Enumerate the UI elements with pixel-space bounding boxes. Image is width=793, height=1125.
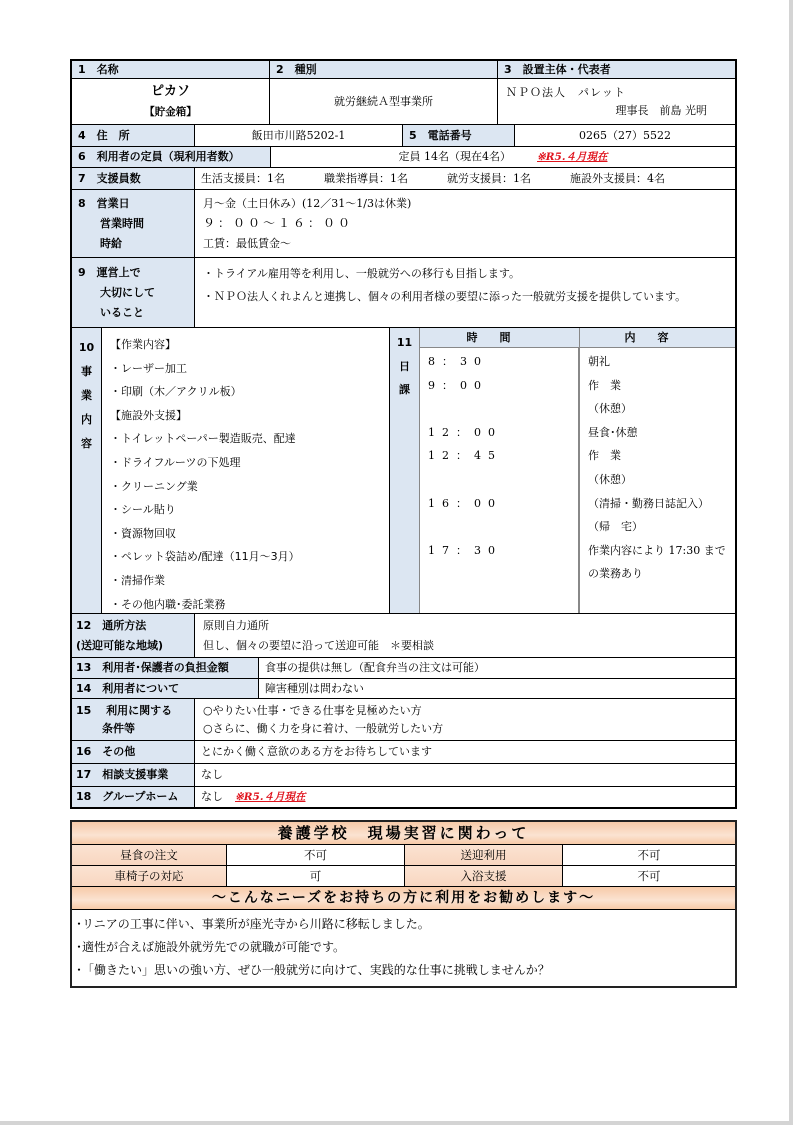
page-edge — [789, 0, 793, 1125]
facility-subname: 【貯金箱】 — [144, 106, 197, 119]
date-note: ※R5.４月現在 — [235, 791, 306, 804]
values-labels: 9 運営上で 大切にして いること — [72, 258, 195, 327]
schedule-content: （清掃・勤務日誌記入） — [588, 492, 735, 516]
values-label-1: 9 運営上で — [78, 266, 141, 279]
business-hours-label: 営業時間 — [78, 217, 144, 230]
row-14-users: 14 利用者について 障害種別は問わない — [70, 679, 737, 699]
commute-label: 12 通所方法 — [76, 619, 146, 632]
consultation-value: なし — [195, 764, 735, 786]
schedule-vertical-label: 11 日 課 — [390, 328, 420, 613]
schedule-time: 8：30 — [428, 350, 578, 374]
wage-value: 工賃：最低賃金～ — [203, 237, 291, 250]
hours-labels: 8 営業日 営業時間 時給 — [72, 190, 195, 257]
founder-rep: 理事長 前島 光明 — [616, 104, 708, 117]
content-header: 内容 — [580, 328, 735, 347]
other-label: 16 その他 — [72, 741, 195, 763]
work-item: ・印刷（木／アクリル板） — [110, 380, 242, 404]
practice-value: 可 — [227, 866, 405, 886]
capacity-value: 定員 14名（現在4名） — [399, 150, 512, 163]
founder-label: 3 設置主体・代表者 — [498, 61, 735, 78]
work-item: ・シール貼り — [110, 498, 176, 522]
time-header: 時間 — [420, 328, 580, 347]
row-16-other: 16 その他 とにかく働く意欲のある方をお待ちしています — [70, 741, 737, 764]
other-value: とにかく働く意欲のある方をお待ちしています — [195, 741, 735, 763]
practice-value: 不可 — [227, 845, 405, 865]
row-8-hours: 8 営業日 営業時間 時給 月～金（土日休み）(12／31～1/3は休業) ９：… — [70, 190, 737, 258]
practice-value: 不可 — [563, 866, 735, 886]
date-note: ※R5.４月現在 — [537, 151, 608, 164]
schedule-time — [428, 397, 578, 421]
work-item: ・ドライフルーツの下処理 — [110, 451, 240, 475]
conditions-values: ○やりたい仕事・できる仕事を見極めたい方 ○さらに、働く力を身に着け、一般就労し… — [195, 699, 735, 740]
schedule-content: （帰 宅） — [588, 515, 735, 539]
values-label-2: 大切にして — [78, 286, 155, 299]
work-item: 【作業内容】 — [110, 333, 176, 357]
row-13-cost: 13 利用者･保護者の負担金額 食事の提供は無し（配食弁当の注文は可能） — [70, 658, 737, 679]
practice-row: 車椅子の対応 可 入浴支援 不可 — [72, 866, 735, 887]
work-item: ・レーザー加工 — [110, 357, 187, 381]
value-item: ・トライアル雇用等を利用し、一般就労への移行も目指します。 — [203, 262, 520, 285]
founder-org: ＮＰＯ法人 パレット — [506, 86, 626, 99]
schedule-content: 作 業 — [588, 444, 735, 468]
grouphome-cell: なし ※R5.４月現在 — [195, 787, 735, 807]
schedule-content: 朝礼 — [588, 350, 735, 374]
work-item: ・クリーニング業 — [110, 475, 198, 499]
staff-item: 生活支援員：1名 — [201, 172, 285, 185]
row-4-address-phone: 4 住 所 飯田市川路5202-1 5 電話番号 0265（27）5522 — [70, 125, 737, 147]
grouphome-value: なし — [201, 790, 223, 803]
cost-value: 食事の提供は無し（配食弁当の注文は可能） — [259, 658, 735, 678]
business-days-label: 8 営業日 — [78, 197, 130, 210]
business-hours-value: ９：００～１６：００ — [203, 216, 353, 230]
business-days-value: 月～金（土日休み）(12／31～1/3は休業) — [203, 197, 411, 210]
commute-values: 原則自力通所 但し、個々の要望に沿って送迎可能 ＊要相談 — [195, 614, 735, 657]
practice-key: 車椅子の対応 — [72, 866, 227, 886]
facility-name: ピカソ — [151, 84, 190, 100]
work-content-list: 【作業内容】 ・レーザー加工 ・印刷（木／アクリル板） 【施設外支援】 ・トイレ… — [102, 328, 390, 613]
schedule-contents: 朝礼 作 業 （休憩） 昼食･休憩 作 業 （休憩） （清掃・勤務日誌記入） （… — [580, 348, 735, 613]
type-label: 2 種別 — [270, 61, 498, 78]
staff-list: 生活支援員：1名 職業指導員：1名 就労支援員：1名 施設外支援員：4名 — [195, 168, 735, 189]
needs-item: ･「働きたい」思いの強い方、ぜひ一般就労に向けて、実践的な仕事に挑戦しませんか？ — [76, 959, 731, 982]
users-label: 14 利用者について — [72, 679, 259, 698]
conditions-label: 15 利用に関する — [76, 704, 172, 717]
schedule-content: 昼食･休憩 — [588, 421, 735, 445]
conditions-labels: 15 利用に関する 条件等 — [72, 699, 195, 740]
values-label-3: いること — [78, 306, 144, 319]
consultation-label: 17 相談支援事業 — [72, 764, 195, 786]
vlabel-char: 11 — [397, 331, 412, 355]
row-17-consultation: 17 相談支援事業 なし — [70, 764, 737, 787]
users-value: 障害種別は問わない — [259, 679, 735, 698]
practice-title: 養護学校 現場実習に関わって — [72, 822, 735, 845]
work-content-vertical-label: 10 事 業 内 容 — [72, 328, 102, 613]
values-text: ・トライアル雇用等を利用し、一般就労への移行も目指します。 ・ＮＰＯ法人くれよん… — [195, 258, 735, 327]
commute-sublabel: (送迎可能な地域) — [76, 639, 163, 652]
schedule-time: 9：00 — [428, 374, 578, 398]
row-10-11-work-schedule: 10 事 業 内 容 【作業内容】 ・レーザー加工 ・印刷（木／アクリル板） 【… — [70, 328, 737, 614]
work-item: ・トイレットペーパー製造販売、配達 — [110, 427, 296, 451]
schedule-time — [428, 468, 578, 492]
address-label: 4 住 所 — [72, 125, 195, 146]
schedule-times: 8：30 9：00 12：00 12：45 16：00 17：30 — [420, 348, 580, 613]
needs-title: ～こんなニーズをお持ちの方に利用をお勧めします～ — [72, 887, 735, 910]
phone-value: 0265（27）5522 — [515, 125, 735, 146]
hours-values: 月～金（土日休み）(12／31～1/3は休業) ９：００～１６：００ 工賃：最低… — [195, 190, 735, 257]
work-item: ・資源物回収 — [110, 522, 176, 546]
row-9-values: 9 運営上で 大切にして いること ・トライアル雇用等を利用し、一般就労への移行… — [70, 258, 737, 328]
practice-key: 入浴支援 — [405, 866, 563, 886]
practice-key: 送迎利用 — [405, 845, 563, 865]
founder-cell: ＮＰＯ法人 パレット 理事長 前島 光明 — [498, 79, 735, 124]
staff-label: 7 支援員数 — [72, 168, 195, 189]
practice-key: 昼食の注文 — [72, 845, 227, 865]
commute-labels: 12 通所方法 (送迎可能な地域) — [72, 614, 195, 657]
work-item: ・その他内職･委託業務 — [110, 593, 226, 617]
schedule-content: 作業内容により 17:30 までの業務あり — [588, 539, 735, 585]
commute-value: 但し、個々の要望に沿って送迎可能 ＊要相談 — [203, 639, 434, 652]
needs-item: ･適性が合えば施設外就労先での就職が可能です。 — [76, 936, 731, 959]
phone-label: 5 電話番号 — [403, 125, 515, 146]
name-cell: ピカソ 【貯金箱】 — [72, 79, 270, 124]
vlabel-char: 課 — [399, 378, 410, 402]
row-12-commute: 12 通所方法 (送迎可能な地域) 原則自力通所 但し、個々の要望に沿って送迎可… — [70, 614, 737, 658]
vlabel-char: 内 — [81, 408, 92, 432]
schedule-time: 12：00 — [428, 421, 578, 445]
commute-value: 原則自力通所 — [203, 619, 269, 632]
work-item: ・ペレット袋詰め/配達（11月～3月） — [110, 545, 300, 569]
schedule-time: 12：45 — [428, 444, 578, 468]
work-item: 【施設外支援】 — [110, 404, 187, 428]
practice-row: 昼食の注文 不可 送迎利用 不可 — [72, 845, 735, 866]
schedule-header: 時間 内容 — [420, 328, 735, 348]
schedule-time: 16：00 — [428, 492, 578, 516]
page-edge — [0, 1121, 793, 1125]
value-item: ・ＮＰＯ法人くれよんと連携し、個々の利用者様の要望に添った一般就労支援を提供して… — [203, 285, 686, 308]
schedule-content: （休憩） — [588, 397, 735, 421]
vlabel-char: 日 — [399, 355, 410, 379]
row-7-staff: 7 支援員数 生活支援員：1名 職業指導員：1名 就労支援員：1名 施設外支援員… — [70, 168, 737, 190]
row-1-values: ピカソ 【貯金箱】 就労継続Ａ型事業所 ＮＰＯ法人 パレット 理事長 前島 光明 — [70, 79, 737, 125]
conditions-sublabel: 条件等 — [76, 722, 135, 735]
vlabel-char: 10 — [79, 336, 94, 360]
schedule-time: 17：30 — [428, 539, 578, 563]
address-value: 飯田市川路5202-1 — [195, 125, 403, 146]
capacity-cell: 定員 14名（現在4名） ※R5.４月現在 — [271, 147, 735, 167]
needs-list: ･リニアの工事に伴い、事業所が座光寺から川路に移転しました。 ･適性が合えば施設… — [72, 910, 735, 986]
name-label: 1 名称 — [72, 61, 270, 78]
staff-item: 職業指導員：1名 — [324, 172, 408, 185]
condition-item: ○さらに、働く力を身に着け、一般就労したい方 — [203, 722, 443, 735]
condition-item: ○やりたい仕事・できる仕事を見極めたい方 — [203, 704, 422, 717]
grouphome-label: 18 グループホーム — [72, 787, 195, 807]
cost-label: 13 利用者･保護者の負担金額 — [72, 658, 259, 678]
facility-type: 就労継続Ａ型事業所 — [270, 79, 498, 124]
vlabel-char: 事 — [81, 360, 92, 384]
practice-section: 養護学校 現場実習に関わって 昼食の注文 不可 送迎利用 不可 車椅子の対応 可… — [70, 820, 737, 988]
wage-label: 時給 — [78, 237, 122, 250]
capacity-label: 6 利用者の定員（現利用者数） — [72, 147, 271, 167]
staff-item: 施設外支援員：4名 — [570, 172, 665, 185]
row-18-grouphome: 18 グループホーム なし ※R5.４月現在 — [70, 787, 737, 809]
practice-value: 不可 — [563, 845, 735, 865]
row-15-conditions: 15 利用に関する 条件等 ○やりたい仕事・できる仕事を見極めたい方 ○さらに、… — [70, 699, 737, 741]
facility-info-table: 1 名称 2 種別 3 設置主体・代表者 ピカソ 【貯金箱】 就労継続Ａ型事業所… — [70, 59, 737, 809]
needs-item: ･リニアの工事に伴い、事業所が座光寺から川路に移転しました。 — [76, 913, 731, 936]
work-item: ・清掃作業 — [110, 569, 165, 593]
vlabel-char: 容 — [81, 432, 92, 456]
schedule-content: （休憩） — [588, 468, 735, 492]
row-6-capacity: 6 利用者の定員（現利用者数） 定員 14名（現在4名） ※R5.４月現在 — [70, 147, 737, 168]
schedule-time — [428, 515, 578, 539]
daily-schedule: 時間 内容 8：30 9：00 12：00 12：45 16：00 17：30 … — [420, 328, 735, 613]
schedule-body: 8：30 9：00 12：00 12：45 16：00 17：30 朝礼 作 業… — [420, 348, 735, 613]
schedule-content: 作 業 — [588, 374, 735, 398]
row-1-header: 1 名称 2 種別 3 設置主体・代表者 — [70, 59, 737, 79]
staff-item: 就労支援員：1名 — [447, 172, 531, 185]
vlabel-char: 業 — [81, 384, 92, 408]
